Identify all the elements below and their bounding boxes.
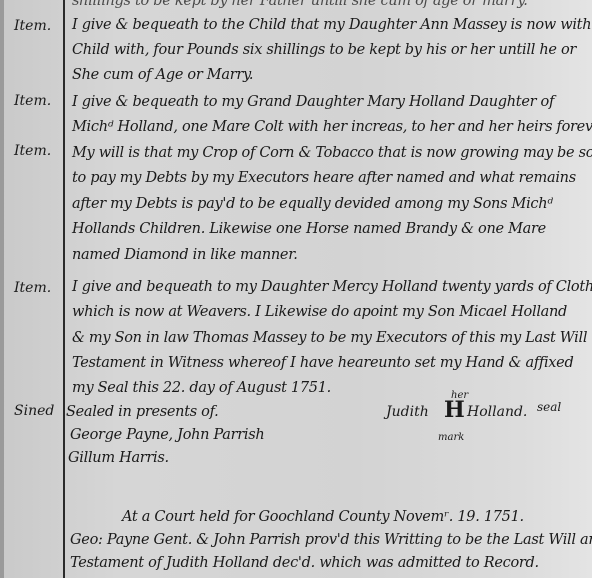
margin-label-item: Item. bbox=[14, 93, 51, 109]
probate-line: Geo: Payne Gent. & John Parrish prov'd t… bbox=[70, 532, 592, 548]
body-line: after my Debts is pay'd to be equally de… bbox=[72, 196, 553, 212]
mark-icon: H bbox=[444, 397, 465, 423]
body-line: my Seal this 22. day of August 1751. bbox=[72, 380, 331, 396]
mark-label-mark: mark bbox=[438, 432, 464, 443]
body-line: Michᵈ Holland, one Mare Colt with her in… bbox=[72, 119, 592, 135]
probate-line: Testament of Judith Holland dec'd. which… bbox=[70, 555, 539, 571]
witness-heading: Sealed in presents of. bbox=[66, 404, 218, 420]
probate-heading: At a Court held for Goochland County Nov… bbox=[122, 509, 524, 525]
margin-label-item: Item. bbox=[14, 18, 51, 34]
body-line: I give & bequeath to my Grand Daughter M… bbox=[72, 94, 554, 110]
body-line: & my Son in law Thomas Massey to be my E… bbox=[72, 330, 592, 346]
margin-rule bbox=[63, 0, 65, 578]
margin-label-item: Item. bbox=[14, 280, 51, 296]
signature-last-name: Holland. bbox=[467, 404, 527, 420]
body-line: Testament in Witness whereof I have hear… bbox=[72, 355, 573, 371]
body-line: She cum of Age or Marry. bbox=[72, 67, 253, 83]
signature-first-name: Judith bbox=[386, 404, 429, 420]
witness-names: Gillum Harris. bbox=[68, 450, 169, 466]
body-line: to pay my Debts by my Executors heare af… bbox=[72, 170, 576, 186]
body-line: Hollands Children. Likewise one Horse na… bbox=[72, 221, 546, 237]
body-line: shillings to be kept by her Father until… bbox=[72, 0, 528, 9]
margin-label-item: Item. bbox=[14, 143, 51, 159]
body-line: which is now at Weavers. I Likewise do a… bbox=[72, 304, 567, 320]
witness-names: George Payne, John Parrish bbox=[70, 427, 264, 443]
seal-label: seal bbox=[537, 400, 561, 414]
body-line: I give & bequeath to the Child that my D… bbox=[72, 17, 591, 33]
body-line: I give and bequeath to my Daughter Mercy… bbox=[72, 279, 592, 295]
margin-label-signed: Sined bbox=[14, 403, 54, 419]
document-page: Item. Item. Item. Item. Sined shillings … bbox=[0, 0, 592, 578]
page-edge bbox=[0, 0, 4, 578]
body-line: named Diamond in like manner. bbox=[72, 247, 298, 263]
body-line: Child with, four Pounds six shillings to… bbox=[72, 42, 576, 58]
body-line: My will is that my Crop of Corn & Tobacc… bbox=[72, 145, 592, 161]
